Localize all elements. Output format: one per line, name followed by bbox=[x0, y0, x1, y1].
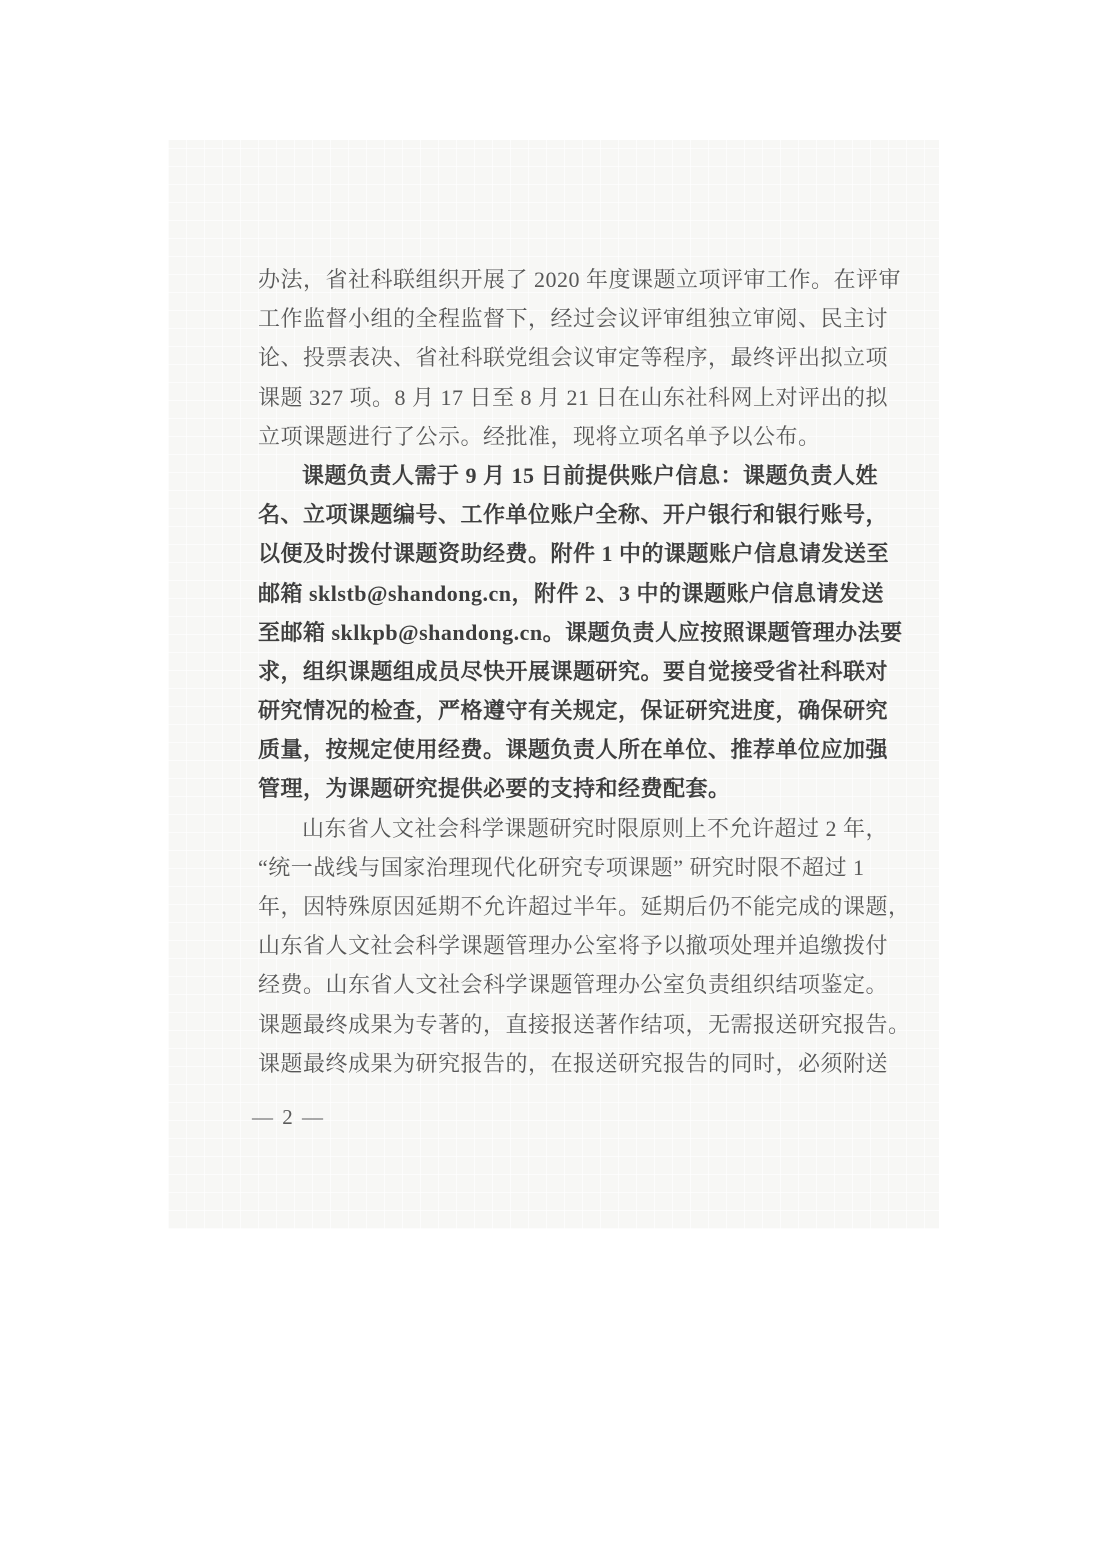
scanned-page: 办法，省社科联组织开展了 2020 年度课题立项评审工作。在评审 工作监督小组的… bbox=[168, 140, 939, 1229]
text-line: 管理，为课题研究提供必要的支持和经费配套。 bbox=[258, 769, 855, 808]
text-line: 山东省人文社会科学课题管理办公室将予以撤项处理并追缴拨付 bbox=[258, 926, 855, 965]
paragraph-account-info: 课题负责人需于 9 月 15 日前提供账户信息：课题负责人姓 名、立项课题编号、… bbox=[258, 456, 855, 809]
text-line: 至邮箱 sklkpb@shandong.cn。课题负责人应按照课题管理办法要 bbox=[258, 613, 855, 652]
page-number: — 2 — bbox=[252, 1105, 325, 1129]
text-line: 课题 327 项。8 月 17 日至 8 月 21 日在山东社科网上对评出的拟 bbox=[258, 378, 855, 417]
paragraph-research-deadline: 山东省人文社会科学课题研究时限原则上不允许超过 2 年， “统一战线与国家治理现… bbox=[258, 809, 855, 1083]
text-line: 论、投票表决、省社科联党组会议审定等程序，最终评出拟立项 bbox=[258, 338, 855, 377]
text-line: 名、立项课题编号、工作单位账户全称、开户银行和银行账号， bbox=[258, 495, 855, 534]
text-line: 研究情况的检查，严格遵守有关规定，保证研究进度，确保研究 bbox=[258, 691, 855, 730]
text-line: 工作监督小组的全程监督下，经过会议评审组独立审阅、民主讨 bbox=[258, 299, 855, 338]
document-text-block: 办法，省社科联组织开展了 2020 年度课题立项评审工作。在评审 工作监督小组的… bbox=[258, 260, 855, 1083]
text-line: 经费。山东省人文社会科学课题管理办公室负责组织结项鉴定。 bbox=[258, 965, 855, 1004]
text-line: 山东省人文社会科学课题研究时限原则上不允许超过 2 年， bbox=[258, 809, 855, 848]
text-line: 立项课题进行了公示。经批准，现将立项名单予以公布。 bbox=[258, 417, 855, 456]
text-line: 办法，省社科联组织开展了 2020 年度课题立项评审工作。在评审 bbox=[258, 260, 855, 299]
text-line: 课题负责人需于 9 月 15 日前提供账户信息：课题负责人姓 bbox=[258, 456, 855, 495]
text-line: “统一战线与国家治理现代化研究专项课题” 研究时限不超过 1 bbox=[258, 848, 855, 887]
text-line: 质量，按规定使用经费。课题负责人所在单位、推荐单位应加强 bbox=[258, 730, 855, 769]
text-line: 以便及时拨付课题资助经费。附件 1 中的课题账户信息请发送至 bbox=[258, 534, 855, 573]
text-line: 邮箱 sklstb@shandong.cn，附件 2、3 中的课题账户信息请发送 bbox=[258, 574, 855, 613]
text-line: 年，因特殊原因延期不允许超过半年。延期后仍不能完成的课题， bbox=[258, 887, 855, 926]
text-line: 课题最终成果为研究报告的，在报送研究报告的同时，必须附送 bbox=[258, 1044, 855, 1083]
text-line: 求，组织课题组成员尽快开展课题研究。要自觉接受省社科联对 bbox=[258, 652, 855, 691]
text-line: 课题最终成果为专著的，直接报送著作结项，无需报送研究报告。 bbox=[258, 1005, 855, 1044]
scan-canvas: 办法，省社科联组织开展了 2020 年度课题立项评审工作。在评审 工作监督小组的… bbox=[0, 0, 1106, 1565]
paragraph-review-process: 办法，省社科联组织开展了 2020 年度课题立项评审工作。在评审 工作监督小组的… bbox=[258, 260, 855, 456]
